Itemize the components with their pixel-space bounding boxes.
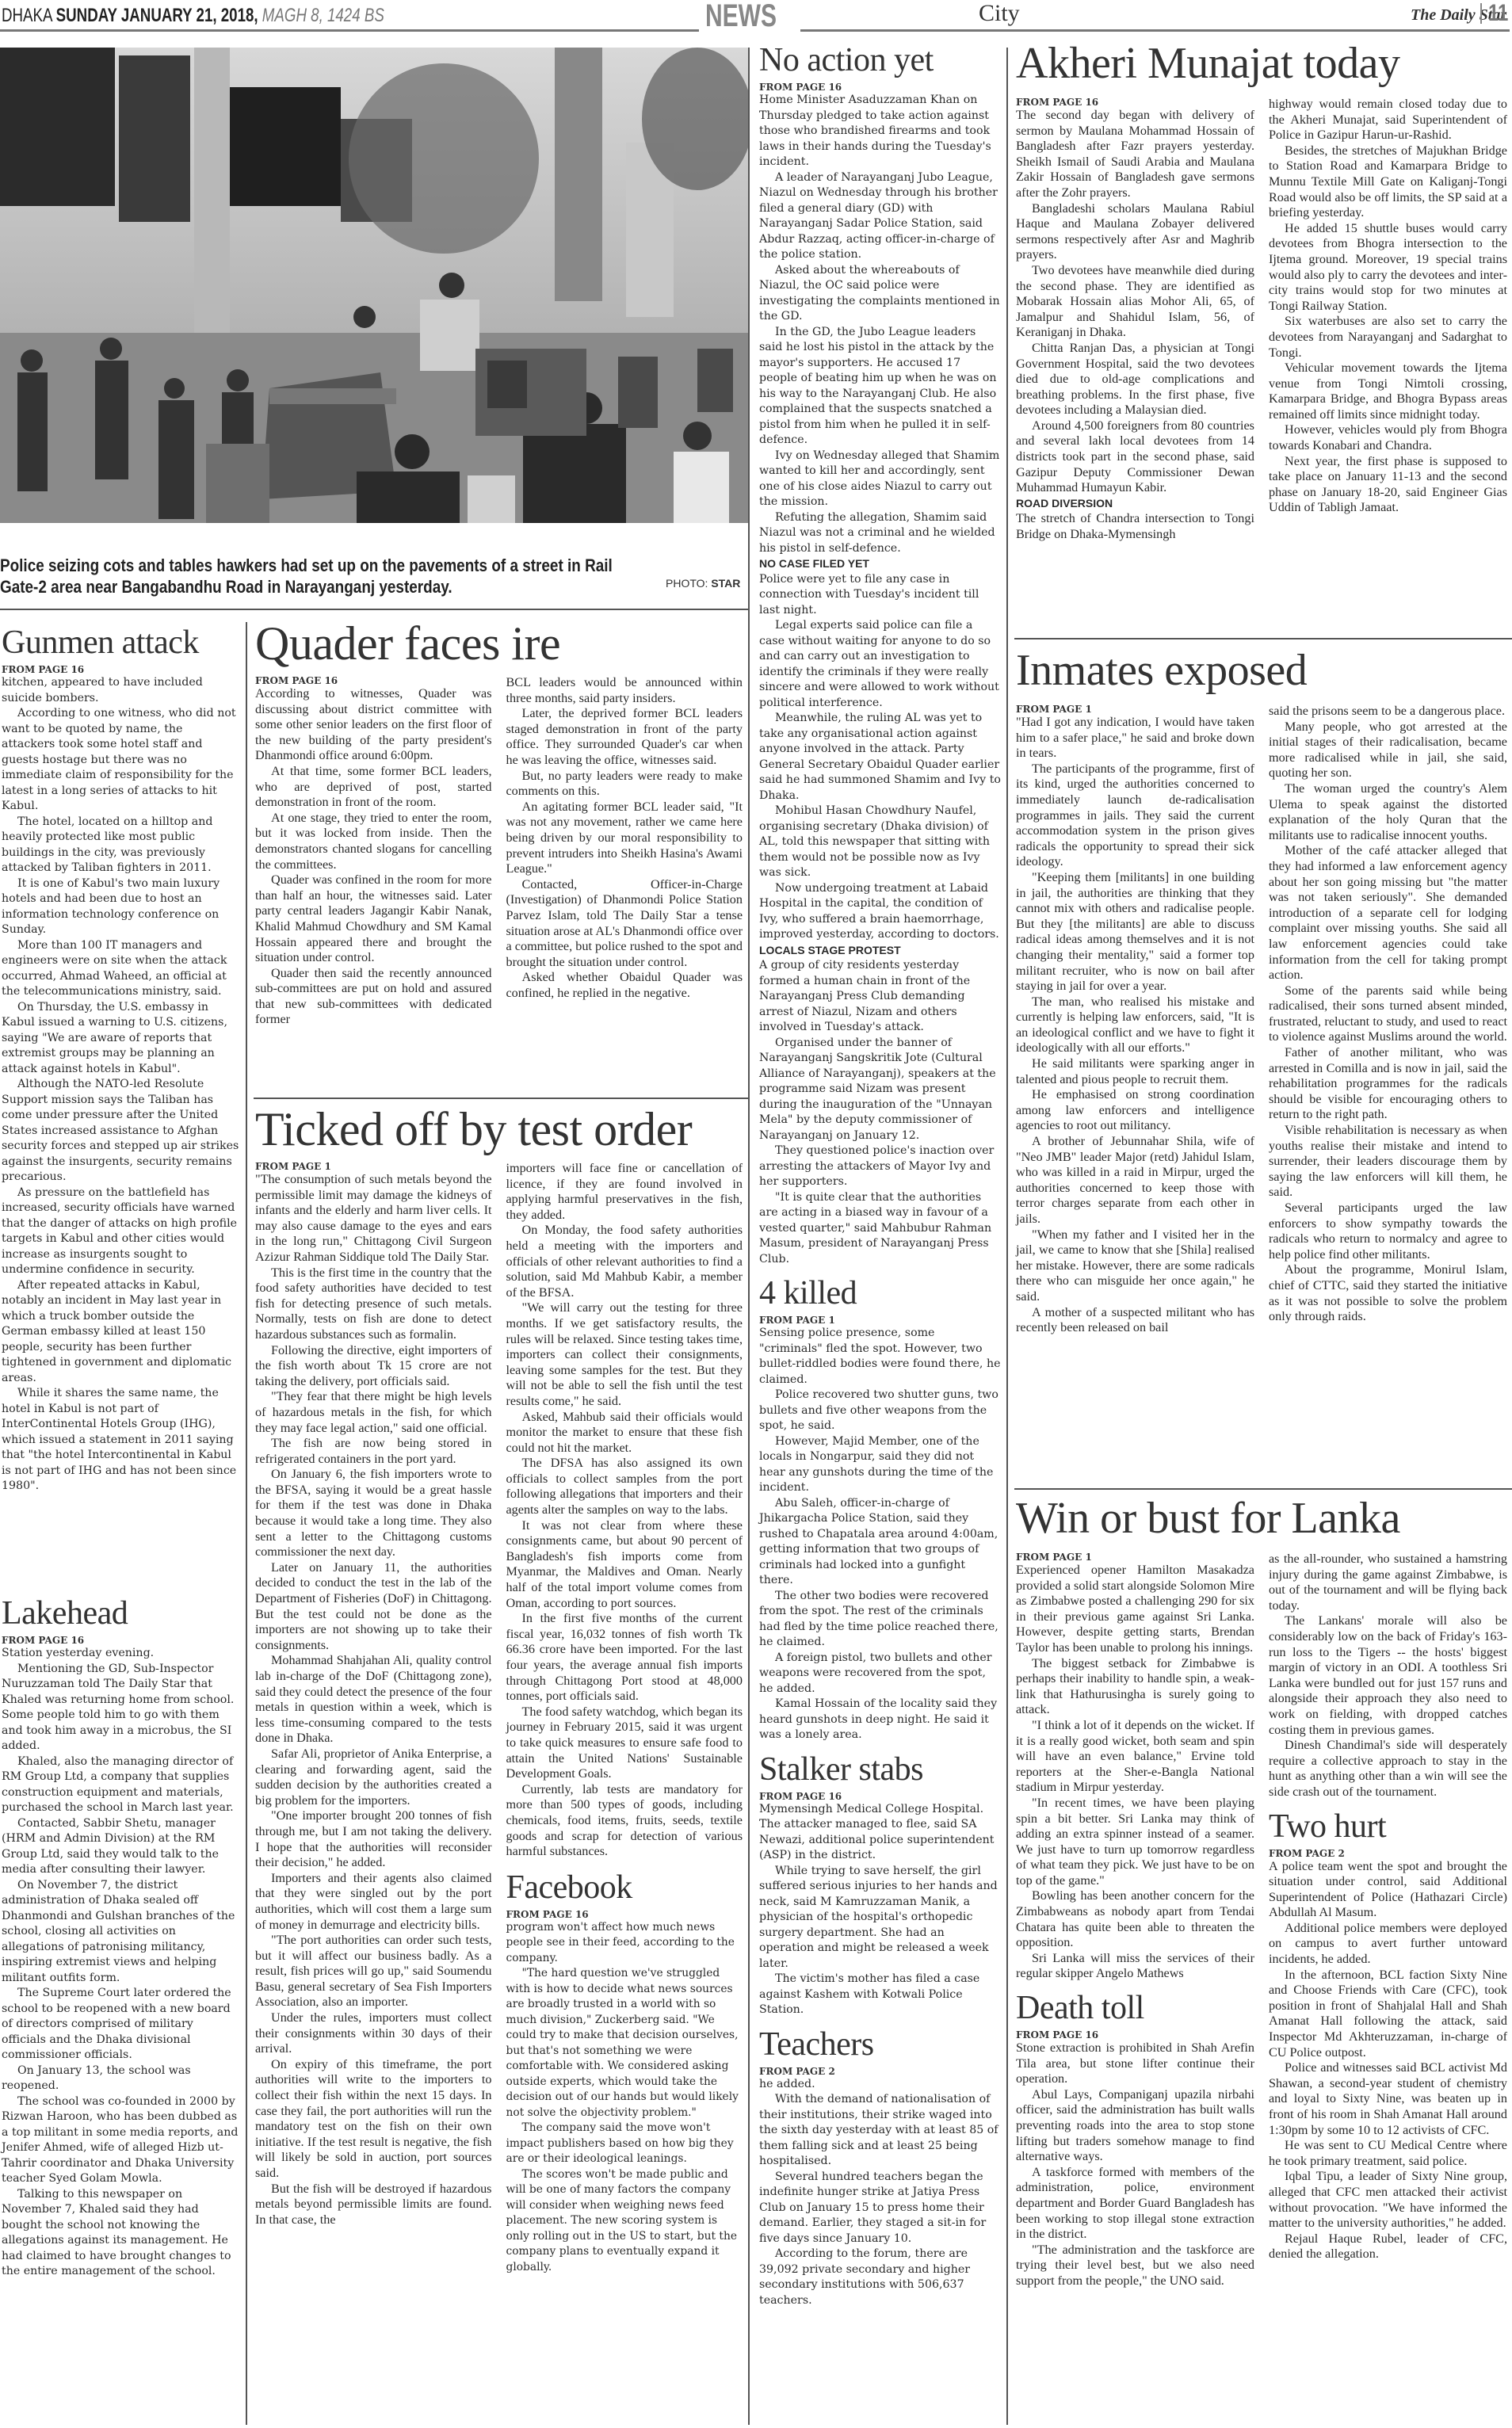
paragraph: While it shares the same name, the hotel… bbox=[2, 1386, 239, 1495]
paragraph: BCL leaders would be announced within th… bbox=[506, 675, 743, 706]
paragraph: While trying to save herself, the girl s… bbox=[759, 1864, 1001, 1972]
column-2: as the all-rounder, who sustained a hams… bbox=[1269, 1547, 1507, 2289]
column-1: FROM PAGE 1 "Had I got any indication, I… bbox=[1016, 699, 1254, 1336]
paragraph: The woman urged the country's Alem Ulema… bbox=[1269, 781, 1507, 843]
article-ticked-off-by-test-order: Ticked off by test order FROM PAGE 1 "Th… bbox=[255, 1105, 743, 2275]
paragraph: On November 7, the district administrati… bbox=[2, 1878, 239, 1987]
column-1: FROM PAGE 1 "The consumption of such met… bbox=[255, 1156, 492, 2275]
column-2: highway would remain closed today due to… bbox=[1269, 92, 1507, 543]
paragraph: According to one witness, who did not wa… bbox=[2, 706, 239, 815]
paragraph: Sri Lanka will miss the services of thei… bbox=[1016, 1951, 1254, 1982]
masthead-divider bbox=[1480, 3, 1482, 24]
paragraph: Two devotees have meanwhile died during … bbox=[1016, 263, 1254, 341]
paragraph: But, no party leaders were ready to make… bbox=[506, 769, 743, 800]
paragraph: Dinesh Chandimal's side will desperately… bbox=[1269, 1738, 1507, 1800]
paragraph: A mother of a suspected militant who has… bbox=[1016, 1305, 1254, 1336]
paragraph: Although the NATO-led Resolute Support m… bbox=[2, 1077, 239, 1185]
article-body: Home Minister Asaduzzaman Khan on Thursd… bbox=[759, 93, 1001, 1267]
jump-label: FROM PAGE 16 bbox=[2, 664, 239, 675]
paragraph: On January 6, the fish importers wrote t… bbox=[255, 1467, 492, 1560]
jump-label: FROM PAGE 16 bbox=[506, 1909, 743, 1920]
paragraph: The school was co-founded in 2000 by Riz… bbox=[2, 2094, 239, 2187]
paragraph: It was not clear from where these consig… bbox=[506, 1518, 743, 1612]
paragraph: He added 15 shuttle buses would carry de… bbox=[1269, 221, 1507, 315]
paragraph: Mentioning the GD, Sub-Inspector Nuruzza… bbox=[2, 1662, 239, 1754]
subheading: LOCALS STAGE PROTEST bbox=[759, 943, 1001, 959]
paragraph: Several participants urged the law enfor… bbox=[1269, 1201, 1507, 1262]
paragraph: as the all-rounder, who sustained a hams… bbox=[1269, 1552, 1507, 1613]
paragraph: On Thursday, the U.S. embassy in Kabul i… bbox=[2, 1000, 239, 1078]
headline: 4 killed bbox=[759, 1277, 1001, 1310]
paragraph: Mohammad Shahjahan Ali, quality control … bbox=[255, 1653, 492, 1747]
paragraph: kitchen, appeared to have included suici… bbox=[2, 675, 239, 706]
article-win-or-bust-for-lanka: Win or bust for Lanka FROM PAGE 1 Experi… bbox=[1016, 1496, 1507, 2289]
paragraph: The Lankans' morale will also be conside… bbox=[1269, 1613, 1507, 1738]
paragraph: Contacted, Officer-in-Charge (Investigat… bbox=[506, 877, 743, 971]
paragraph: At one stage, they tried to enter the ro… bbox=[255, 811, 492, 872]
dateline-date: SUNDAY JANUARY 21, 2018, bbox=[56, 5, 258, 26]
paragraph: "Had I got any indication, I would have … bbox=[1016, 715, 1254, 762]
paragraph: On Monday, the food safety authorities h… bbox=[506, 1223, 743, 1300]
column-1: FROM PAGE 16 According to witnesses, Qua… bbox=[255, 670, 492, 1028]
paragraph: program won't affect how much news peopl… bbox=[506, 1920, 743, 1967]
divider-under-photo bbox=[0, 609, 749, 610]
paragraph: Mother of the café attacker alleged that… bbox=[1269, 843, 1507, 983]
paragraph: he added. bbox=[759, 2077, 1001, 2093]
paragraph: "One importer brought 200 tonnes of fish… bbox=[255, 1808, 492, 1870]
news-photo bbox=[0, 48, 749, 523]
paragraph: "It is quite clear that the authorities … bbox=[759, 1190, 1001, 1268]
paragraph: Several hundred teachers began the indef… bbox=[759, 2170, 1001, 2247]
paragraph: "I think a lot of it depends on the wick… bbox=[1016, 1718, 1254, 1796]
paragraph: According to witnesses, Quader was discu… bbox=[255, 686, 492, 764]
paragraph: After repeated attacks in Kabul, notably… bbox=[2, 1278, 239, 1387]
paragraph: Next year, the first phase is supposed t… bbox=[1269, 454, 1507, 516]
article-quader-faces-ire: Quader faces ire FROM PAGE 16 According … bbox=[255, 620, 743, 1028]
paragraph: Vehicular movement towards the Ijtema ve… bbox=[1269, 361, 1507, 422]
paragraph: The man, who realised his mistake and cu… bbox=[1016, 994, 1254, 1056]
paragraph: As pressure on the battlefield has incre… bbox=[2, 1185, 239, 1278]
paragraph: About the programme, Monirul Islam, chie… bbox=[1269, 1262, 1507, 1324]
paragraph: In the afternoon, BCL faction Sixty Nine… bbox=[1269, 1968, 1507, 2061]
headline: Two hurt bbox=[1269, 1810, 1507, 1843]
column-1: FROM PAGE 16 The second day began with d… bbox=[1016, 92, 1254, 543]
paragraph: Sensing police presence, some "criminals… bbox=[759, 1326, 1001, 1388]
paragraph: Following the directive, eight importers… bbox=[255, 1343, 492, 1390]
jump-label: FROM PAGE 16 bbox=[759, 82, 1001, 93]
page-number: 11 bbox=[1488, 0, 1508, 27]
paragraph: "In recent times, we have been playing s… bbox=[1016, 1796, 1254, 1889]
paragraph: He emphasised on strong coordination amo… bbox=[1016, 1087, 1254, 1134]
column-2: said the prisons seem to be a dangerous … bbox=[1269, 699, 1507, 1336]
paragraph: Police recovered two shutter guns, two b… bbox=[759, 1388, 1001, 1434]
paragraph: Additional police members were deployed … bbox=[1269, 1921, 1507, 1968]
paragraph: Khaled, also the managing director of RM… bbox=[2, 1754, 239, 1816]
paragraph: A brother of Jebunnahar Shila, wife of "… bbox=[1016, 1134, 1254, 1227]
paragraph: The company said the move won't impact p… bbox=[506, 2121, 743, 2167]
jump-label: FROM PAGE 2 bbox=[759, 2066, 1001, 2077]
subheading: NO CASE FILED YET bbox=[759, 556, 1001, 572]
article-death-toll: Death toll FROM PAGE 16 Stone extraction… bbox=[1016, 1991, 1254, 2289]
paragraph: The stretch of Chandra intersection to T… bbox=[1016, 511, 1254, 542]
column-divider bbox=[246, 622, 247, 2425]
paragraph: Experienced opener Hamilton Masakadza pr… bbox=[1016, 1563, 1254, 1656]
paragraph: Mymensingh Medical College Hospital. The… bbox=[759, 1802, 1001, 1864]
paragraph: Talking to this newspaper on November 7,… bbox=[2, 2187, 239, 2280]
paragraph: "When my father and I visited her in the… bbox=[1016, 1227, 1254, 1305]
column-divider bbox=[748, 48, 750, 2425]
column-1: FROM PAGE 1 Experienced opener Hamilton … bbox=[1016, 1547, 1254, 2289]
paragraph: "The port authorities can order such tes… bbox=[255, 1933, 492, 2010]
dateline-bs-date: MAGH 8, 1424 BS bbox=[262, 5, 384, 26]
paragraph: A foreign pistol, two bullets and other … bbox=[759, 1651, 1001, 1697]
paragraph: The DFSA has also assigned its own offic… bbox=[506, 1456, 743, 1517]
paragraph: Abu Saleh, officer-in-charge of Jhikarga… bbox=[759, 1496, 1001, 1589]
paragraph: The participants of the programme, first… bbox=[1016, 762, 1254, 870]
paragraph: The second day began with delivery of se… bbox=[1016, 108, 1254, 201]
paragraph: Six waterbuses are also set to carry the… bbox=[1269, 314, 1507, 361]
masthead-rule-right bbox=[800, 29, 1510, 32]
paragraph: A police team went the spot and brought … bbox=[1269, 1859, 1507, 1921]
paragraph: The scores won't be made public and will… bbox=[506, 2167, 743, 2276]
paragraph: Mohibul Hasan Chowdhury Naufel, organisi… bbox=[759, 804, 1001, 881]
paragraph: Around 4,500 foreigners from 80 countrie… bbox=[1016, 418, 1254, 496]
paragraph: Ivy on Wednesday alleged that Shamim wan… bbox=[759, 449, 1001, 510]
column-2: importers will face fine or cancellation… bbox=[506, 1156, 743, 2275]
jump-label: FROM PAGE 1 bbox=[759, 1315, 1001, 1326]
jump-label: FROM PAGE 2 bbox=[1269, 1848, 1507, 1859]
article-body: kitchen, appeared to have included suici… bbox=[2, 675, 239, 1495]
paragraph: The other two bodies were recovered from… bbox=[759, 1589, 1001, 1651]
paragraph: Organised under the banner of Narayangan… bbox=[759, 1036, 1001, 1144]
paragraph: said the prisons seem to be a dangerous … bbox=[1269, 704, 1507, 720]
paragraph: Bangladeshi scholars Maulana Rabiul Haqu… bbox=[1016, 201, 1254, 263]
paragraph: "We will carry out the testing for three… bbox=[506, 1300, 743, 1409]
paragraph: Iqbal Tipu, a leader of Sixty Nine group… bbox=[1269, 2169, 1507, 2231]
paragraph: Asked about the whereabouts of Niazul, t… bbox=[759, 263, 1001, 325]
jump-label: FROM PAGE 16 bbox=[759, 1791, 1001, 1802]
paragraph: He was sent to CU Medical Centre where h… bbox=[1269, 2138, 1507, 2169]
paragraph: highway would remain closed today due to… bbox=[1269, 97, 1507, 143]
paragraph: Police and witnesses said BCL activist M… bbox=[1269, 2060, 1507, 2138]
paragraph: However, vehicles would ply from Bhogra … bbox=[1269, 422, 1507, 453]
paragraph: Stone extraction is prohibited in Shah A… bbox=[1016, 2041, 1254, 2087]
photo-illustration bbox=[0, 48, 749, 523]
paragraph: An agitating former BCL leader said, "It… bbox=[506, 800, 743, 877]
paragraph: A group of city residents yesterday form… bbox=[759, 958, 1001, 1036]
paragraph: This is the first time in the country th… bbox=[255, 1266, 492, 1343]
headline: Ticked off by test order bbox=[255, 1105, 743, 1153]
paragraph: On January 13, the school was reopened. bbox=[2, 2063, 239, 2094]
headline: Quader faces ire bbox=[255, 620, 743, 667]
paragraph: According to the forum, there are 39,092… bbox=[759, 2247, 1001, 2308]
paragraph: Visible rehabilitation is necessary as w… bbox=[1269, 1123, 1507, 1201]
article-4-killed: 4 killed FROM PAGE 1 Sensing police pres… bbox=[759, 1277, 1001, 1743]
jump-label: FROM PAGE 16 bbox=[255, 675, 492, 686]
article-body: Station yesterday evening. Mentioning th… bbox=[2, 1646, 239, 2280]
paragraph: "The consumption of such metals beyond t… bbox=[255, 1172, 492, 1266]
paragraph: Under the rules, importers must collect … bbox=[255, 2010, 492, 2057]
paragraph: The victim's mother has filed a case aga… bbox=[759, 1972, 1001, 2018]
paragraph: On expiry of this timeframe, the port au… bbox=[255, 2057, 492, 2182]
paragraph: importers will face fine or cancellation… bbox=[506, 1161, 743, 1223]
paragraph: Home Minister Asaduzzaman Khan on Thursd… bbox=[759, 93, 1001, 170]
paragraph: The fish are now being stored in refrige… bbox=[255, 1436, 492, 1467]
headline: Facebook bbox=[506, 1871, 743, 1904]
paragraph: Police were yet to file any case in conn… bbox=[759, 572, 1001, 619]
article-akheri-munajat-today: Akheri Munajat today FROM PAGE 16 The se… bbox=[1016, 41, 1507, 543]
paragraph: Station yesterday evening. bbox=[2, 1646, 239, 1662]
paragraph: "The administration and the taskforce ar… bbox=[1016, 2243, 1254, 2289]
paragraph: Rejaul Haque Rubel, leader of CFC, denie… bbox=[1269, 2231, 1507, 2262]
paragraph: They questioned police's inaction over a… bbox=[759, 1143, 1001, 1190]
dateline: DHAKA SUNDAY JANUARY 21, 2018, MAGH 8, 1… bbox=[2, 5, 384, 27]
paragraph: Besides, the stretches of Majukhan Bridg… bbox=[1269, 143, 1507, 221]
paragraph: Now undergoing treatment at Labaid Hospi… bbox=[759, 881, 1001, 943]
jump-label: FROM PAGE 16 bbox=[1016, 97, 1254, 108]
photo-credit-source: STAR bbox=[711, 577, 740, 590]
jump-label: FROM PAGE 16 bbox=[2, 1635, 239, 1646]
masthead-rule-left bbox=[0, 29, 699, 32]
paragraph: Some of the parents said while being rad… bbox=[1269, 983, 1507, 1045]
paragraph: Many people, who got arrested at the ini… bbox=[1269, 720, 1507, 781]
paragraph: "The hard question we've struggled with … bbox=[506, 1966, 743, 2121]
paragraph: The biggest setback for Zimbabwe is perh… bbox=[1016, 1656, 1254, 1718]
divider-akheri-inmates bbox=[1014, 638, 1512, 639]
headline: Inmates exposed bbox=[1016, 648, 1507, 693]
article-lakehead: Lakehead FROM PAGE 16 Station yesterday … bbox=[2, 1597, 239, 2280]
paragraph: He said militants were sparking anger in… bbox=[1016, 1056, 1254, 1087]
paragraph: A leader of Narayanganj Jubo League, Nia… bbox=[759, 170, 1001, 263]
paragraph: Legal experts said police can file a cas… bbox=[759, 618, 1001, 711]
paragraph: The hotel, located on a hilltop and heav… bbox=[2, 815, 239, 876]
paragraph: Kamal Hossain of the locality said they … bbox=[759, 1697, 1001, 1743]
headline: Teachers bbox=[759, 2028, 1001, 2061]
headline: Stalker stabs bbox=[759, 1753, 1001, 1786]
dateline-city: DHAKA bbox=[2, 5, 52, 26]
paragraph: Safar Ali, proprietor of Anika Enterpris… bbox=[255, 1747, 492, 1808]
jump-label: FROM PAGE 16 bbox=[1016, 2029, 1254, 2041]
paragraph: Bowling has been another concern for the… bbox=[1016, 1888, 1254, 1950]
paragraph: Abul Lays, Companiganj upazila nirbahi o… bbox=[1016, 2087, 1254, 2165]
article-gunmen-attack: Gunmen attack FROM PAGE 16 kitchen, appe… bbox=[2, 626, 239, 1495]
paragraph: Asked whether Obaidul Quader was confine… bbox=[506, 970, 743, 1001]
paragraph: In the first five months of the current … bbox=[506, 1611, 743, 1705]
paragraph: More than 100 IT managers and engineers … bbox=[2, 938, 239, 1000]
headline: Death toll bbox=[1016, 1991, 1254, 2025]
headline: Lakehead bbox=[2, 1597, 239, 1630]
paragraph: However, Majid Member, one of the locals… bbox=[759, 1434, 1001, 1496]
jump-label: FROM PAGE 1 bbox=[255, 1161, 492, 1172]
paragraph: Father of another militant, who was arre… bbox=[1269, 1045, 1507, 1123]
jump-label: FROM PAGE 1 bbox=[1016, 704, 1254, 715]
article-facebook: Facebook FROM PAGE 16 program won't affe… bbox=[506, 1871, 743, 2276]
article-inmates-exposed: Inmates exposed FROM PAGE 1 "Had I got a… bbox=[1016, 648, 1507, 1336]
divider-inmates-lanka bbox=[1014, 1488, 1512, 1490]
paragraph: Later on January 11, the authorities dec… bbox=[255, 1560, 492, 1654]
paragraph: Later, the deprived former BCL leaders s… bbox=[506, 706, 743, 768]
paragraph: It is one of Kabul's two main luxury hot… bbox=[2, 876, 239, 938]
article-two-hurt: Two hurt FROM PAGE 2 A police team went … bbox=[1269, 1810, 1507, 2262]
paragraph: But the fish will be destroyed if hazard… bbox=[255, 2182, 492, 2228]
paragraph: "They fear that there might be high leve… bbox=[255, 1389, 492, 1436]
article-teachers: Teachers FROM PAGE 2 he added. With the … bbox=[759, 2028, 1001, 2309]
photo-credit-label: PHOTO: bbox=[666, 577, 708, 590]
paragraph: Chitta Ranjan Das, a physician at Tongi … bbox=[1016, 341, 1254, 418]
paragraph: Quader was confined in the room for more… bbox=[255, 872, 492, 966]
subheading: ROAD DIVERSION bbox=[1016, 496, 1254, 512]
paragraph: Meanwhile, the ruling AL was yet to take… bbox=[759, 711, 1001, 804]
section-name: City bbox=[979, 0, 1020, 27]
paragraph: A taskforce formed with members of the a… bbox=[1016, 2165, 1254, 2243]
jump-label: FROM PAGE 1 bbox=[1016, 1552, 1254, 1563]
column-divider bbox=[1006, 48, 1008, 2425]
paragraph: Currently, lab tests are mandatory for m… bbox=[506, 1782, 743, 1860]
article-no-action-yet: No action yet FROM PAGE 16 Home Minister… bbox=[759, 44, 1001, 2308]
paragraph: With the demand of nationalisation of th… bbox=[759, 2092, 1001, 2170]
headline: Win or bust for Lanka bbox=[1016, 1496, 1507, 1540]
photo-caption: Police seizing cots and tables hawkers h… bbox=[0, 555, 644, 597]
paragraph: "Keeping them [militants] in one buildin… bbox=[1016, 870, 1254, 994]
paragraph: Refuting the allegation, Shamim said Nia… bbox=[759, 510, 1001, 557]
paragraph: In the GD, the Jubo League leaders said … bbox=[759, 325, 1001, 449]
headline: Gunmen attack bbox=[2, 626, 239, 659]
headline: No action yet bbox=[759, 44, 1001, 77]
photo-credit: PHOTO: STAR bbox=[666, 577, 740, 590]
divider-quader-ticked bbox=[254, 1098, 748, 1099]
section-label: NEWS bbox=[705, 0, 777, 34]
paragraph: Contacted, Sabbir Shetu, manager (HRM an… bbox=[2, 1816, 239, 1878]
paragraph: At that time, some former BCL leaders, w… bbox=[255, 764, 492, 811]
column-2: BCL leaders would be announced within th… bbox=[506, 670, 743, 1028]
paragraph: Asked, Mahbub said their officials would… bbox=[506, 1410, 743, 1456]
article-stalker-stabs: Stalker stabs FROM PAGE 16 Mymensingh Me… bbox=[759, 1753, 1001, 2018]
paragraph: Importers and their agents also claimed … bbox=[255, 1871, 492, 1933]
paragraph: Quader then said the recently announced … bbox=[255, 966, 492, 1028]
headline: Akheri Munajat today bbox=[1016, 41, 1507, 86]
paragraph: The food safety watchdog, which began it… bbox=[506, 1705, 743, 1782]
masthead: DHAKA SUNDAY JANUARY 21, 2018, MAGH 8, 1… bbox=[0, 0, 1512, 35]
paragraph: The Supreme Court later ordered the scho… bbox=[2, 1986, 239, 2063]
